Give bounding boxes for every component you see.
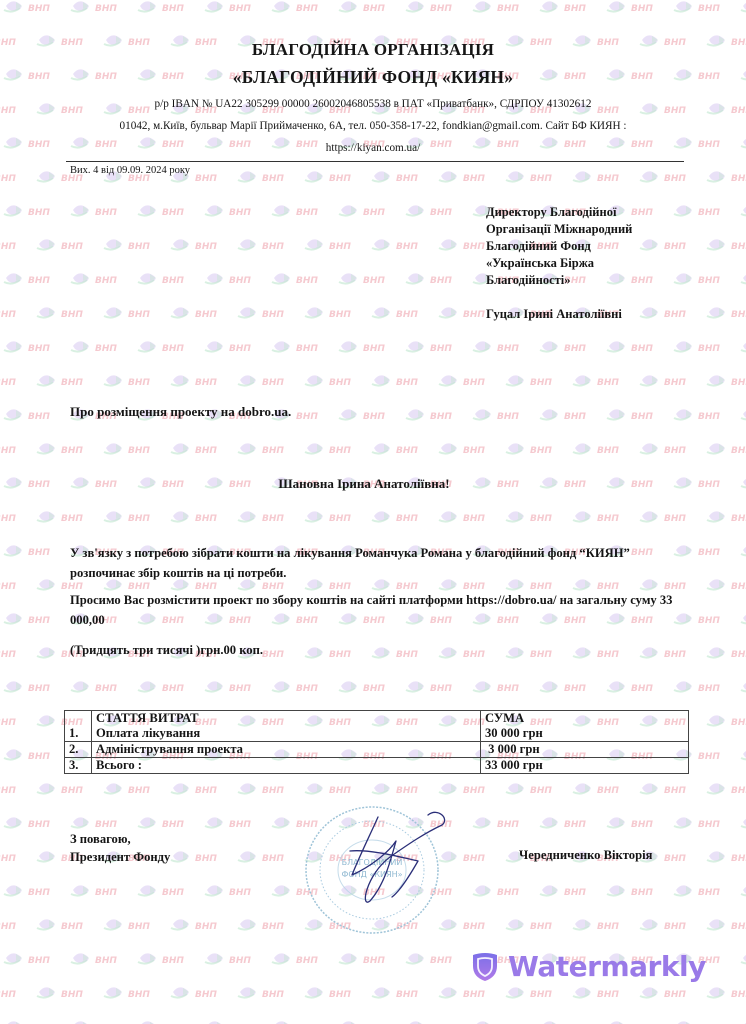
addressee-line: Благодійності»: [486, 272, 686, 289]
cost-table: СТАТТЯ ВИТРАТ СУМА 1. Оплата лікування 3…: [64, 710, 689, 774]
salutation: Шановна Ірина Анатоліївна!: [0, 476, 746, 492]
row-sum: 3 000 грн: [481, 742, 689, 758]
closing-block: З повагою, Президент Фонду: [70, 830, 170, 866]
row-item: Всього :: [92, 758, 481, 774]
shield-icon: [470, 951, 500, 983]
addressee-line: Благодійний Фонд: [486, 238, 686, 255]
org-type-heading: БЛАГОДІЙНА ОРГАНІЗАЦІЯ: [0, 40, 746, 60]
table-row-total: 3. Всього : 33 000 грн: [65, 758, 689, 774]
address-contacts: 01042, м.Київ, бульвар Марії Приймаченко…: [0, 120, 746, 132]
body-paragraph-1: У зв'язку з потребою зібрати кошти на лі…: [70, 543, 680, 583]
row-number: 2.: [65, 742, 92, 758]
row-sum: 30 000 грн: [481, 726, 689, 742]
row-item: Адміністрування проекта: [92, 742, 481, 758]
header-number: [65, 711, 92, 727]
letter-subject: Про розміщення проекту на dobro.ua.: [70, 404, 291, 420]
watermarkly-label: Watermarkly: [508, 950, 706, 983]
row-number: 3.: [65, 758, 92, 774]
addressee-line: «Українська Біржа: [486, 255, 686, 272]
signature: [330, 805, 450, 910]
row-item: Оплата лікування: [92, 726, 481, 742]
outgoing-reference: Вих. 4 від 09.09. 2024 року: [70, 165, 190, 176]
signer-title: Президент Фонду: [70, 848, 170, 866]
table-row: 1. Оплата лікування 30 000 грн: [65, 726, 689, 742]
addressee-block: Директору Благодійної Організації Міжнар…: [486, 204, 686, 323]
addressee-name: Гуцал Ірині Анатоліївні: [486, 306, 686, 323]
letter-page: БЛАГОДІЙНА ОРГАНІЗАЦІЯ «БЛАГОДІЙНИЙ ФОНД…: [0, 0, 746, 1024]
salutation-text: Шановна Ірина Анатоліївна!: [278, 476, 449, 491]
table-row: 2. Адміністрування проекта 3 000 грн: [65, 742, 689, 758]
addressee-line: Організації Міжнародний: [486, 221, 686, 238]
body-paragraph-2: Просимо Вас розмістити проект по збору к…: [70, 590, 680, 630]
row-sum: 33 000 грн: [481, 758, 689, 774]
header-sum: СУМА: [481, 711, 689, 727]
row-number: 1.: [65, 726, 92, 742]
closing-phrase: З повагою,: [70, 830, 170, 848]
bank-details: р/р IBAN № UA22 305299 00000 26002046805…: [0, 98, 746, 110]
table-header-row: СТАТТЯ ВИТРАТ СУМА: [65, 711, 689, 727]
org-name-heading: «БЛАГОДІЙНИЙ ФОНД «КИЯН»: [0, 67, 746, 88]
body-paragraph-3: (Тридцять три тисячі )грн.00 коп.: [70, 640, 680, 660]
header-item: СТАТТЯ ВИТРАТ: [92, 711, 481, 727]
addressee-line: Директору Благодійної: [486, 204, 686, 221]
header-divider: [66, 161, 684, 162]
website-link[interactable]: https://kiyan.com.ua/: [0, 142, 746, 154]
signer-name: Чередниченко Вікторія: [519, 848, 652, 863]
watermarkly-overlay: Watermarkly: [470, 950, 706, 983]
